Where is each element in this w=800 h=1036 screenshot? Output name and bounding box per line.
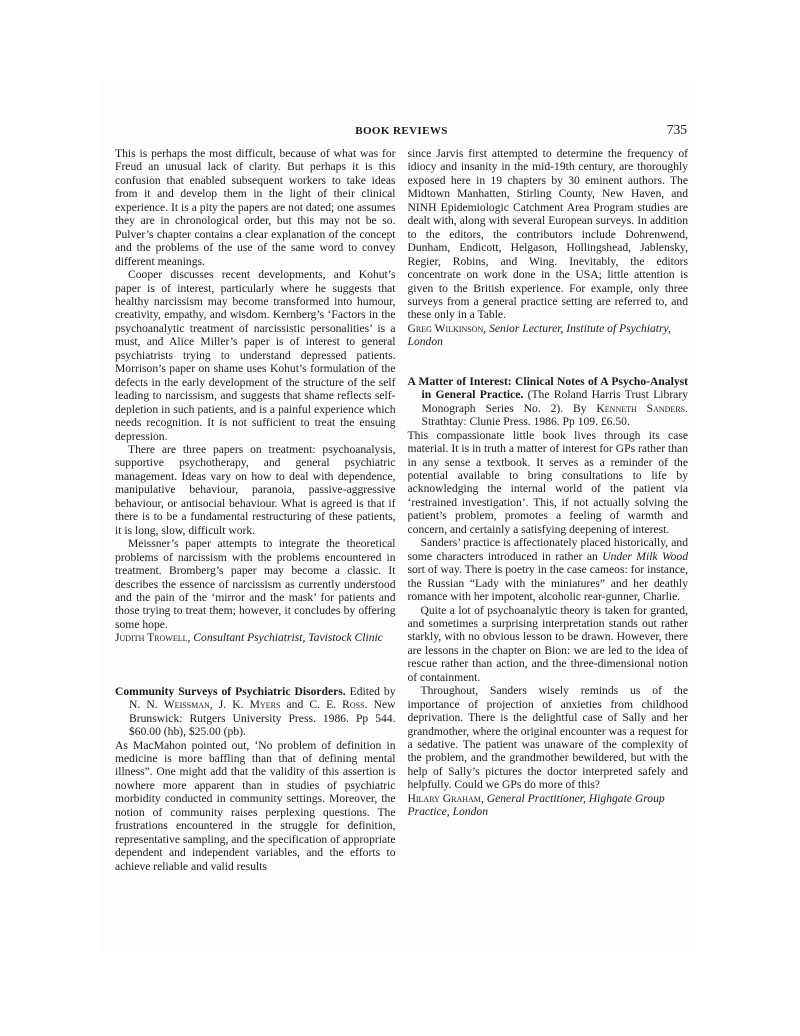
paragraph: Quite a lot of psychoanalytic theory is … bbox=[408, 604, 689, 685]
reviewer-name: Judith Trowell bbox=[115, 631, 188, 644]
editor-name: Myers bbox=[250, 698, 281, 711]
two-column-layout: This is perhaps the most difficult, beca… bbox=[115, 147, 688, 873]
paragraph: This compassionate little book lives thr… bbox=[408, 429, 689, 537]
paragraph: Sanders’ practice is affectionately plac… bbox=[408, 536, 689, 603]
review-matter-of-interest: A Matter of Interest: Clinical Notes of … bbox=[408, 375, 689, 819]
paragraph: Meissner’s paper attempts to integrate t… bbox=[115, 537, 396, 631]
paragraph-text: sort of way. There is poetry in the case… bbox=[408, 563, 689, 603]
reviewer-name: Hilary Graham bbox=[408, 792, 481, 805]
reviewer-name: Greg Wilkinson bbox=[408, 322, 484, 335]
journal-page: BOOK REVIEWS 735 This is perhaps the mos… bbox=[115, 125, 688, 873]
editor-name: Weissman bbox=[164, 698, 210, 711]
book-title-inline: Under Milk Wood bbox=[602, 550, 688, 563]
review-community-surveys-continued: since Jarvis first attempted to determin… bbox=[408, 147, 689, 349]
book-review-heading: Community Surveys of Psychiatric Disorde… bbox=[115, 685, 396, 739]
review-community-surveys: Community Surveys of Psychiatric Disorde… bbox=[115, 685, 396, 873]
review-narcissism-continued: This is perhaps the most difficult, beca… bbox=[115, 147, 396, 645]
book-review-heading: A Matter of Interest: Clinical Notes of … bbox=[408, 375, 689, 429]
page-number: 735 bbox=[667, 122, 687, 138]
right-column: since Jarvis first attempted to determin… bbox=[408, 147, 689, 873]
reviewer-role: , Consultant Psychiatrist, Tavistock Cli… bbox=[188, 631, 383, 644]
editor-name: Ross bbox=[342, 698, 364, 711]
paragraph: Cooper discusses recent developments, an… bbox=[115, 268, 396, 443]
paragraph: There are three papers on treatment: psy… bbox=[115, 443, 396, 537]
heading-separator: , J. K. bbox=[210, 698, 250, 711]
book-title: Community Surveys of Psychiatric Disorde… bbox=[115, 685, 346, 698]
author-name: Kenneth Sanders bbox=[596, 402, 685, 415]
left-column: This is perhaps the most difficult, beca… bbox=[115, 147, 396, 873]
paragraph: Throughout, Sanders wisely reminds us of… bbox=[408, 684, 689, 792]
paragraph: This is perhaps the most difficult, beca… bbox=[115, 147, 396, 268]
paragraph: As MacMahon pointed out, ‘No problem of … bbox=[115, 739, 396, 874]
paragraph: since Jarvis first attempted to determin… bbox=[408, 147, 689, 322]
reviewer-signature: Greg Wilkinson, Senior Lecturer, Institu… bbox=[408, 322, 689, 349]
running-head: BOOK REVIEWS 735 bbox=[115, 125, 688, 139]
reviewer-signature: Hilary Graham, General Practitioner, Hig… bbox=[408, 792, 689, 819]
section-title: BOOK REVIEWS bbox=[115, 125, 688, 137]
reviewer-signature: Judith Trowell, Consultant Psychiatrist,… bbox=[115, 631, 396, 644]
heading-separator: and C. E. bbox=[280, 698, 342, 711]
